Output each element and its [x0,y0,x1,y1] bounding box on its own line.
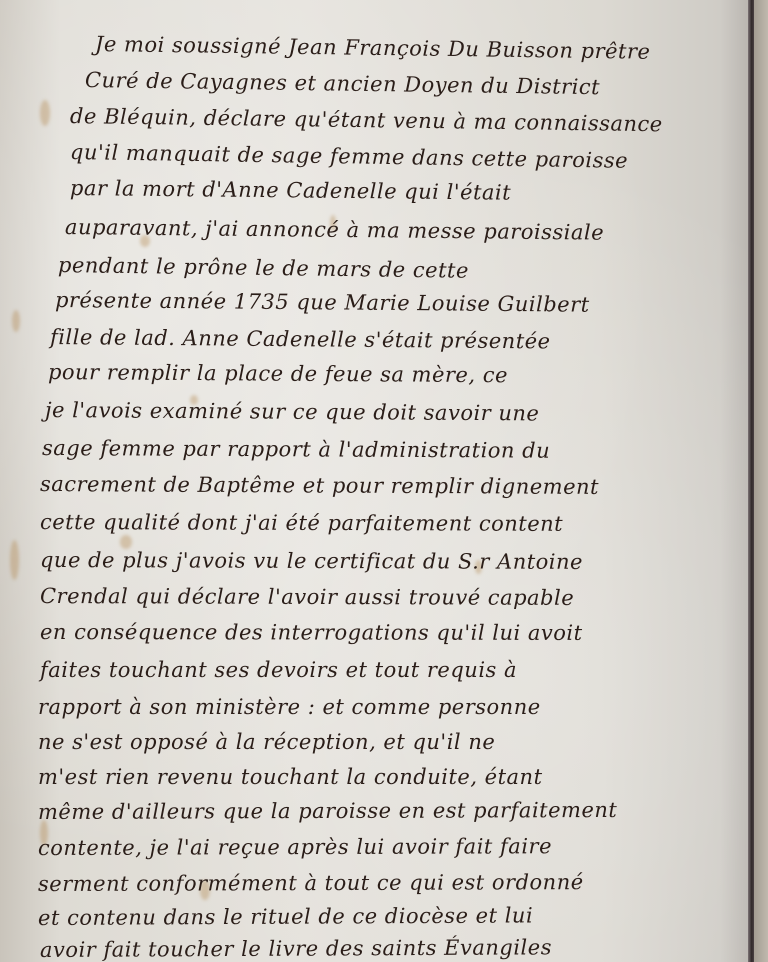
manuscript-line: avoir fait toucher le livre des saints É… [40,935,552,962]
manuscript-line: cette qualité dont j'ai été parfaitement… [40,510,563,536]
manuscript-line: contente, je l'ai reçue après lui avoir … [38,834,552,860]
manuscript-line: en conséquence des interrogations qu'il … [40,620,583,645]
manuscript-line: pendant le prône le de mars de cette [58,253,469,283]
manuscript-line: sage femme par rapport à l'administratio… [42,436,550,463]
manuscript-line: de Bléquin, déclare qu'étant venu à ma c… [70,104,663,136]
manuscript-line: même d'ailleurs que la paroisse en est p… [38,798,617,824]
manuscript-line: faites touchant ses devoirs et tout requ… [40,658,517,682]
manuscript-line: Curé de Cayagnes et ancien Doyen du Dist… [85,68,600,99]
foxing-stain [12,310,20,332]
manuscript-line: Je moi soussigné Jean François Du Buisso… [95,32,651,64]
foxing-stain [40,100,50,126]
manuscript-line: fille de lad. Anne Cadenelle s'était pré… [50,325,551,353]
foxing-stain [120,535,132,549]
manuscript-line: qu'il manquait de sage femme dans cette … [70,140,628,173]
manuscript-line: que de plus j'avois vu le certificat du … [40,548,583,574]
manuscript-line: serment conformément à tout ce qui est o… [38,870,584,896]
manuscript-line: par la mort d'Anne Cadenelle qui l'était [70,176,511,205]
foxing-stain [10,540,19,580]
manuscript-line: Crendal qui déclare l'avoir aussi trouvé… [40,584,574,610]
manuscript-line: je l'avois examiné sur ce que doit savoi… [45,398,540,425]
manuscript-line: présente année 1735 que Marie Louise Gui… [55,288,590,317]
manuscript-page: Je moi soussigné Jean François Du Buisso… [0,0,750,962]
manuscript-line: rapport à son ministère : et comme perso… [38,695,541,719]
manuscript-line: m'est rien revenu touchant la conduite, … [38,765,543,789]
manuscript-line: pour remplir la place de feue sa mère, c… [48,360,508,387]
manuscript-line: et contenu dans le rituel de ce diocèse … [38,903,533,930]
book-cover-edge [754,0,768,962]
manuscript-line: ne s'est opposé à la réception, et qu'il… [38,730,495,754]
manuscript-line: sacrement de Baptême et pour remplir dig… [40,472,599,499]
